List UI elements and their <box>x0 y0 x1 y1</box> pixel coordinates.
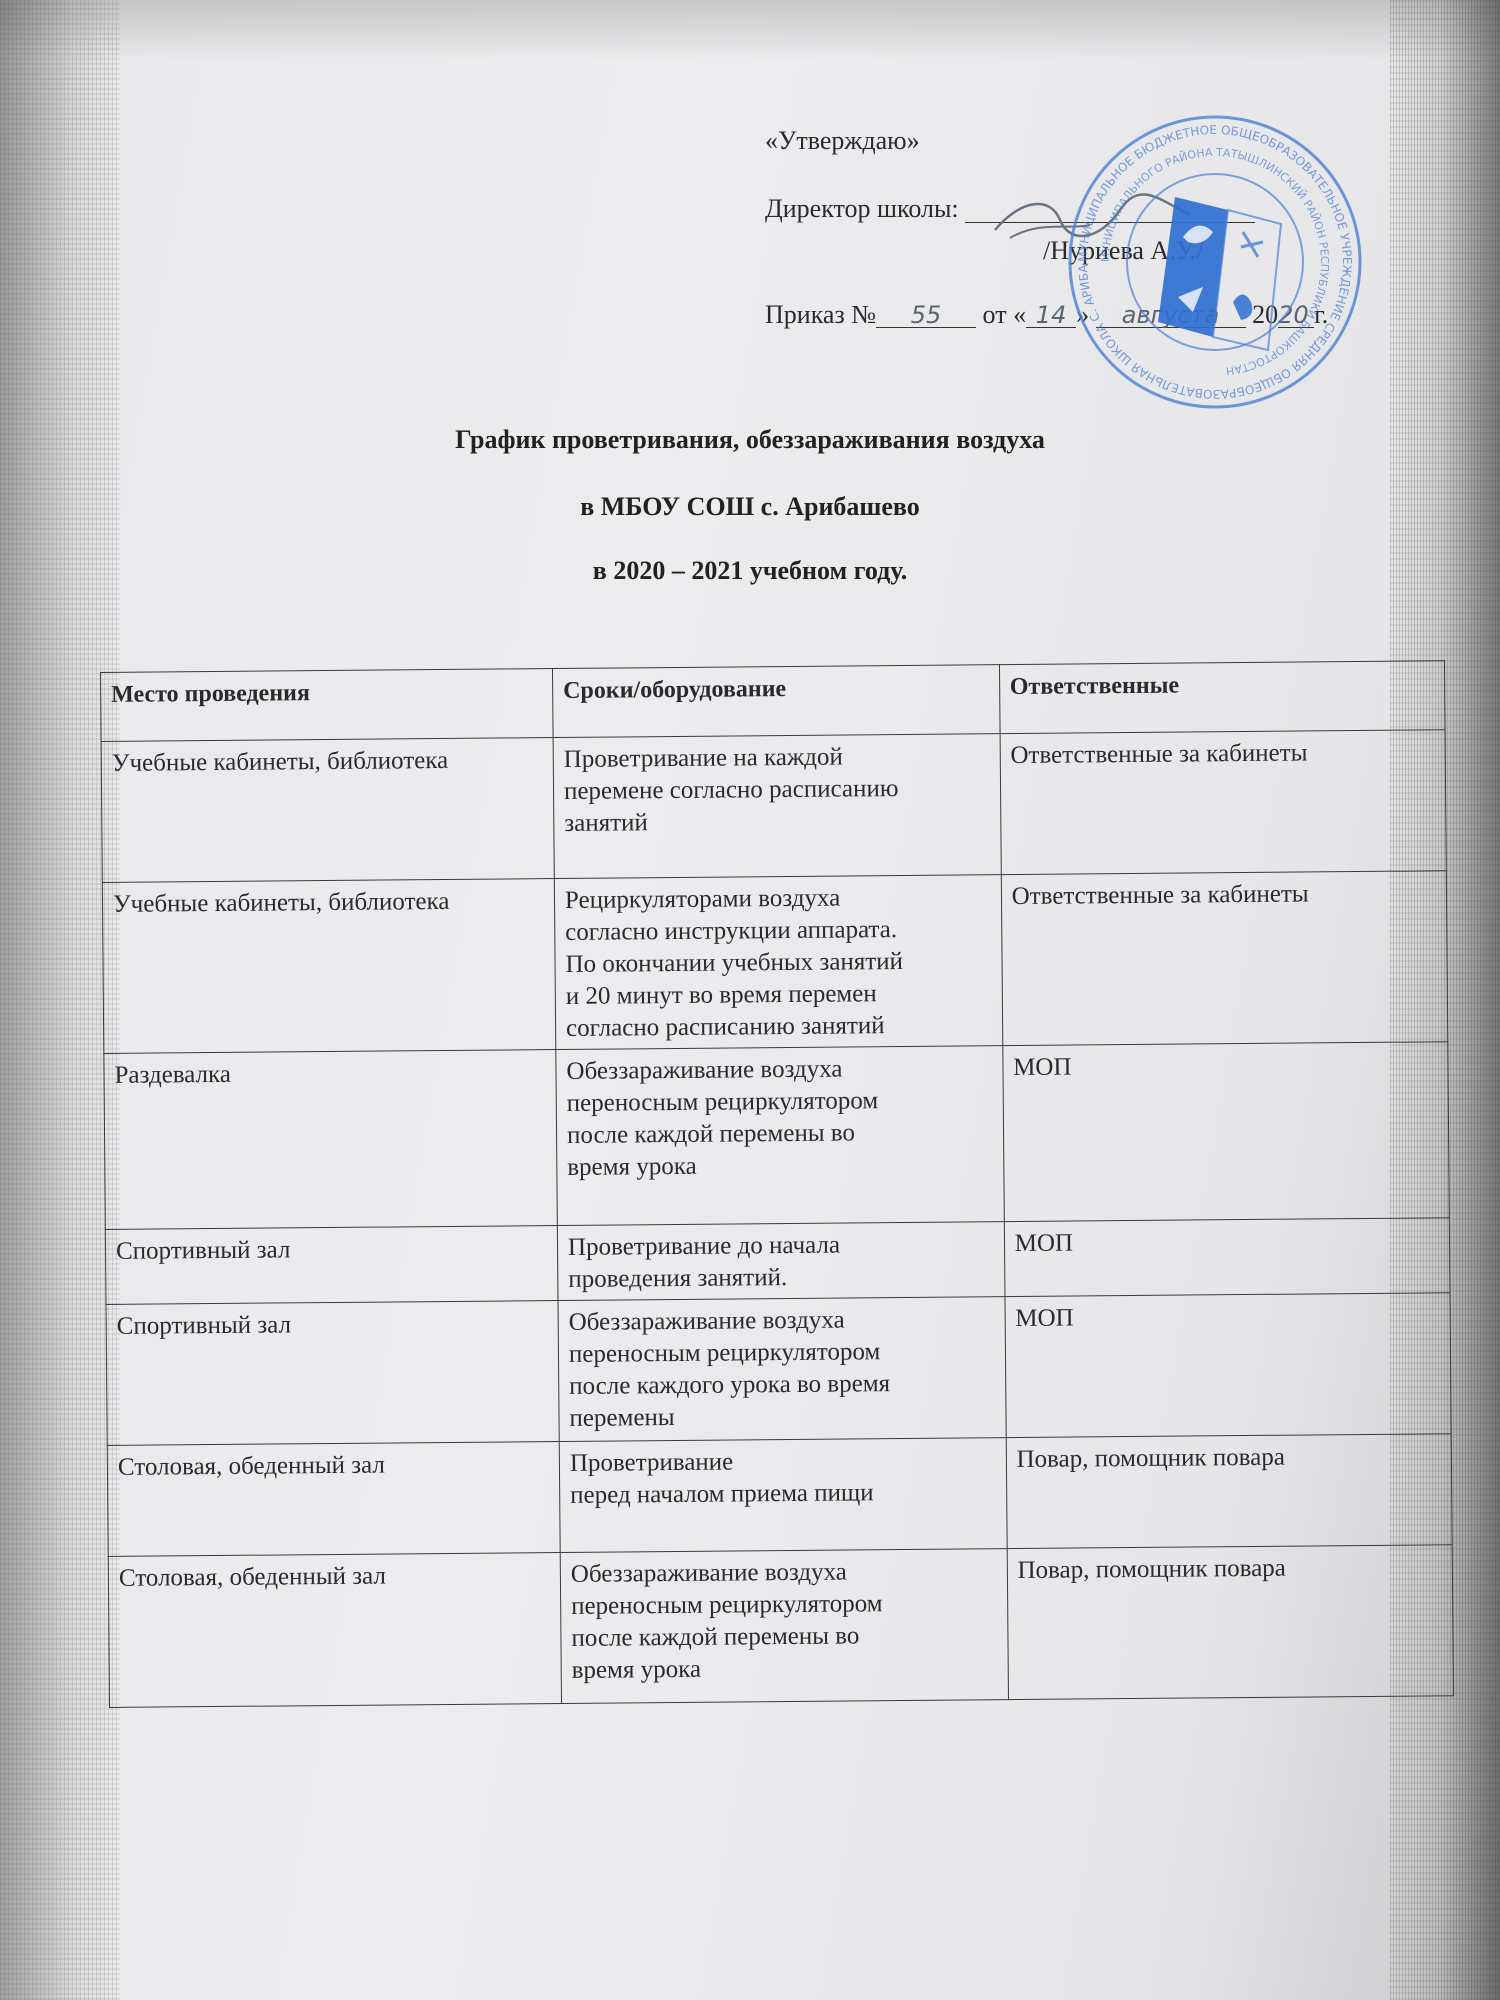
official-stamp-icon: МУНИЦИПАЛЬНОЕ БЮДЖЕТНОЕ ОБЩЕОБРАЗОВАТЕЛЬ… <box>1063 112 1368 412</box>
cell-schedule: Проветривание до начала проведения занят… <box>557 1222 1004 1301</box>
cell-schedule: Рециркуляторами воздуха согласно инструк… <box>554 875 1002 1050</box>
table-row: Столовая, обеденный зал Обеззараживание … <box>108 1545 1453 1708</box>
cell-responsible: Ответственные за кабинеты <box>1001 871 1448 1046</box>
document-title-line3: в 2020 – 2021 учебном году. <box>0 556 1500 586</box>
ventilation-schedule-table: Место проведения Сроки/оборудование Отве… <box>100 660 1454 1708</box>
cell-place: Учебные кабинеты, библиотека <box>102 879 555 1054</box>
cell-responsible: Повар, помощник повара <box>1006 1434 1452 1549</box>
order-label: Приказ № <box>765 300 876 329</box>
cell-place: Столовая, обеденный зал <box>108 1553 561 1708</box>
table-row: Столовая, обеденный зал Проветривание пе… <box>107 1434 1452 1557</box>
cell-schedule: Обеззараживание воздуха переносным рецир… <box>556 1046 1004 1226</box>
table-row: Раздевалка Обеззараживание воздуха перен… <box>104 1042 1449 1230</box>
cell-place: Спортивный зал <box>105 1226 558 1305</box>
cell-responsible: Ответственные за кабинеты <box>1000 730 1447 875</box>
header-place: Место проведения <box>101 669 554 742</box>
cell-schedule: Проветривание перед началом приема пищи <box>559 1438 1007 1553</box>
header-schedule: Сроки/оборудование <box>552 665 999 738</box>
document-title-line1: График проветривания, обеззараживания во… <box>0 425 1500 455</box>
table-row: Учебные кабинеты, библиотека Проветриван… <box>101 730 1446 883</box>
cell-place: Учебные кабинеты, библиотека <box>101 738 554 883</box>
table-row: Учебные кабинеты, библиотека Рециркулято… <box>102 871 1447 1054</box>
cell-place: Столовая, обеденный зал <box>107 1442 560 1557</box>
table-row: Спортивный зал Проветривание до начала п… <box>105 1218 1450 1305</box>
cell-responsible: Повар, помощник повара <box>1007 1545 1454 1700</box>
cell-schedule: Обеззараживание воздуха переносным рецир… <box>560 1549 1008 1704</box>
director-label: Директор школы: <box>765 194 959 223</box>
cell-responsible: МОП <box>1002 1042 1449 1222</box>
cell-schedule: Проветривание на каждой перемене согласн… <box>553 734 1001 879</box>
cell-place: Спортивный зал <box>106 1301 559 1446</box>
document-title-line2: в МБОУ СОШ с. Арибашево <box>0 492 1500 522</box>
cell-schedule: Обеззараживание воздуха переносным рецир… <box>558 1297 1006 1442</box>
document-page: «Утверждаю» Директор школы: /Нуриева А.У… <box>0 0 1500 2000</box>
table-header-row: Место проведения Сроки/оборудование Отве… <box>101 661 1446 742</box>
cell-responsible: МОП <box>1005 1293 1452 1438</box>
cell-place: Раздевалка <box>104 1050 557 1230</box>
order-number: 55 <box>876 303 976 328</box>
header-responsible: Ответственные <box>999 661 1445 734</box>
date-prefix: от « <box>983 300 1027 329</box>
copy-shadow-top <box>0 0 1500 60</box>
approve-label: «Утверждаю» <box>765 128 920 154</box>
table-row: Спортивный зал Обеззараживание воздуха п… <box>106 1293 1451 1446</box>
cell-responsible: МОП <box>1004 1218 1450 1297</box>
